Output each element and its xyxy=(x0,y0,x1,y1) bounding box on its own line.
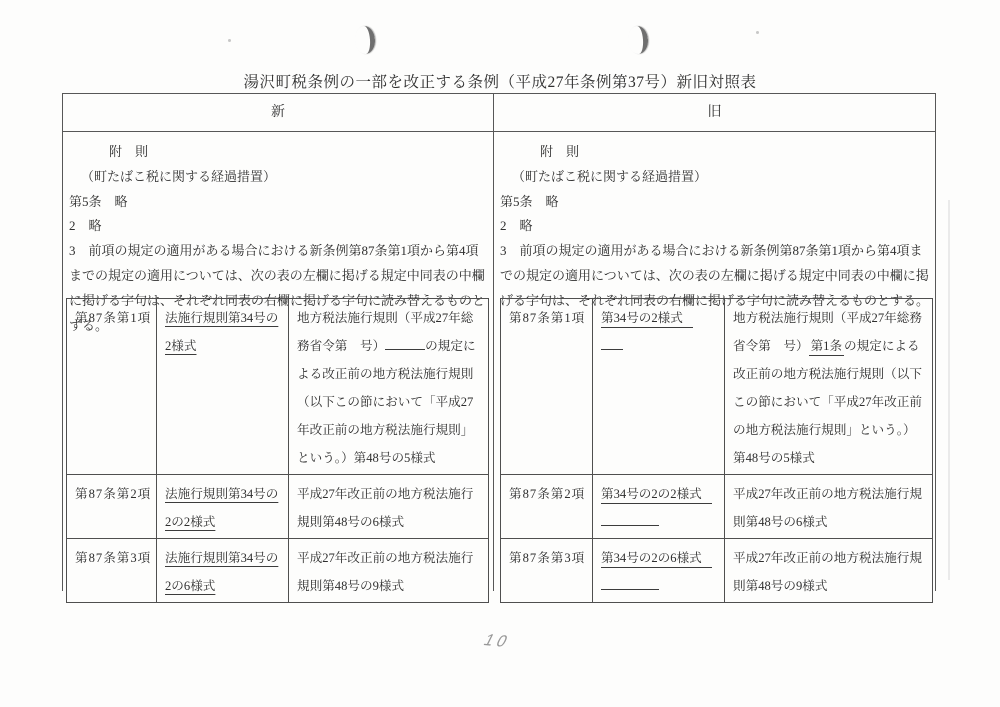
preamble-para2: 2 略 xyxy=(69,214,487,239)
comparison-table: 新 旧 附 則 （町たばこ税に関する経過措置） 第5条 略 2 略 3 前項の規… xyxy=(62,93,936,591)
cell-replace-to: 地方税法施行規則（平成27年総務省令第 号）第1条の規定による改正前の地方税法施… xyxy=(725,299,933,475)
punch-hole-shadow-right xyxy=(627,25,649,54)
underlined-text: 第34号の2の2様式 xyxy=(601,487,712,504)
preamble-heading: 附 則 xyxy=(500,140,929,165)
table-row: 第87条第2項 法施行規則第34号の2の2様式 平成27年改正前の地方税法施行規… xyxy=(67,475,489,539)
blank-underline xyxy=(385,336,425,350)
column-header-old: 旧 xyxy=(494,94,935,131)
underlined-text: 法施行規則第34号の2様式 xyxy=(165,311,278,353)
scanned-document-page: 湯沢町税条例の一部を改正する条例（平成27年条例第37号）新旧対照表 新 旧 附… xyxy=(0,0,1000,707)
cell-replace-from: 第34号の2様式 xyxy=(593,299,725,475)
cell-text: の規定による改正前の地方税法施行規則（以下この節において「平成27年改正前の地方… xyxy=(733,339,922,465)
cell-text: の規定による改正前の地方税法施行規則（以下この節において「平成27年改正前の地方… xyxy=(297,339,476,465)
cell-article: 第87条第3項 xyxy=(67,539,157,603)
preamble-subheading: （町たばこ税に関する経過措置） xyxy=(500,165,929,190)
cell-article: 第87条第1項 xyxy=(67,299,157,475)
table-row: 第87条第2項 第34号の2の2様式 平成27年改正前の地方税法施行規則第48号… xyxy=(501,475,933,539)
cell-article: 第87条第2項 xyxy=(67,475,157,539)
blank-underline xyxy=(601,336,623,350)
preamble-para2: 2 略 xyxy=(500,214,929,239)
cell-replace-to: 地方税法施行規則（平成27年総務省令第 号）の規定による改正前の地方税法施行規則… xyxy=(289,299,489,475)
preamble-old: 附 則 （町たばこ税に関する経過措置） 第5条 略 2 略 3 前項の規定の適用… xyxy=(494,131,935,314)
table-row: 第87条第3項 第34号の2の6様式 平成27年改正前の地方税法施行規則第48号… xyxy=(501,539,933,603)
underlined-text: 第34号の2の6様式 xyxy=(601,551,712,568)
preamble-article5: 第5条 略 xyxy=(500,190,929,215)
cell-replace-to: 平成27年改正前の地方税法施行規則第48号の6様式 xyxy=(725,475,933,539)
comparison-table-header: 新 旧 xyxy=(63,94,935,132)
section-old: 附 則 （町たばこ税に関する経過措置） 第5条 略 2 略 3 前項の規定の適用… xyxy=(494,131,935,591)
scan-speck xyxy=(228,39,231,42)
cell-replace-from: 第34号の2の2様式 xyxy=(593,475,725,539)
cell-replace-to: 平成27年改正前の地方税法施行規則第48号の9様式 xyxy=(725,539,933,603)
scan-edge-smudge xyxy=(948,200,950,580)
cell-article: 第87条第1項 xyxy=(501,299,593,475)
section-new: 附 則 （町たばこ税に関する経過措置） 第5条 略 2 略 3 前項の規定の適用… xyxy=(63,131,493,591)
table-row: 第87条第3項 法施行規則第34号の2の6様式 平成27年改正前の地方税法施行規… xyxy=(67,539,489,603)
cell-replace-to: 平成27年改正前の地方税法施行規則第48号の6様式 xyxy=(289,475,489,539)
punch-hole-shadow-left xyxy=(354,25,376,54)
cell-article: 第87条第3項 xyxy=(501,539,593,603)
preamble-heading: 附 則 xyxy=(69,140,487,165)
blank-underline xyxy=(601,512,659,526)
underlined-text: 第1条 xyxy=(809,339,844,356)
cell-replace-from: 法施行規則第34号の2の6様式 xyxy=(157,539,289,603)
blank-underline xyxy=(601,576,659,590)
cell-replace-from: 法施行規則第34号の2様式 xyxy=(157,299,289,475)
cell-replace-to: 平成27年改正前の地方税法施行規則第48号の9様式 xyxy=(289,539,489,603)
table-row: 第87条第1項 第34号の2様式 地方税法施行規則（平成27年総務省令第 号）第… xyxy=(501,299,933,475)
underlined-text: 法施行規則第34号の2の2様式 xyxy=(165,487,278,529)
column-header-new: 新 xyxy=(63,94,493,131)
preamble-subheading: （町たばこ税に関する経過措置） xyxy=(69,165,487,190)
cell-replace-from: 第34号の2の6様式 xyxy=(593,539,725,603)
underlined-text: 法施行規則第34号の2の6様式 xyxy=(165,551,278,593)
underlined-text: 第34号の2様式 xyxy=(601,311,693,328)
cell-article: 第87条第2項 xyxy=(501,475,593,539)
preamble-article5: 第5条 略 xyxy=(69,190,487,215)
cell-replace-from: 法施行規則第34号の2の2様式 xyxy=(157,475,289,539)
table-row: 第87条第1項 法施行規則第34号の2様式 地方税法施行規則（平成27年総務省令… xyxy=(67,299,489,475)
scan-speck xyxy=(756,31,759,34)
handwritten-page-number: 10 xyxy=(480,632,514,652)
replacement-table-new: 第87条第1項 法施行規則第34号の2様式 地方税法施行規則（平成27年総務省令… xyxy=(66,298,489,603)
replacement-table-old: 第87条第1項 第34号の2様式 地方税法施行規則（平成27年総務省令第 号）第… xyxy=(500,298,933,603)
document-title: 湯沢町税条例の一部を改正する条例（平成27年条例第37号）新旧対照表 xyxy=(0,70,1000,92)
